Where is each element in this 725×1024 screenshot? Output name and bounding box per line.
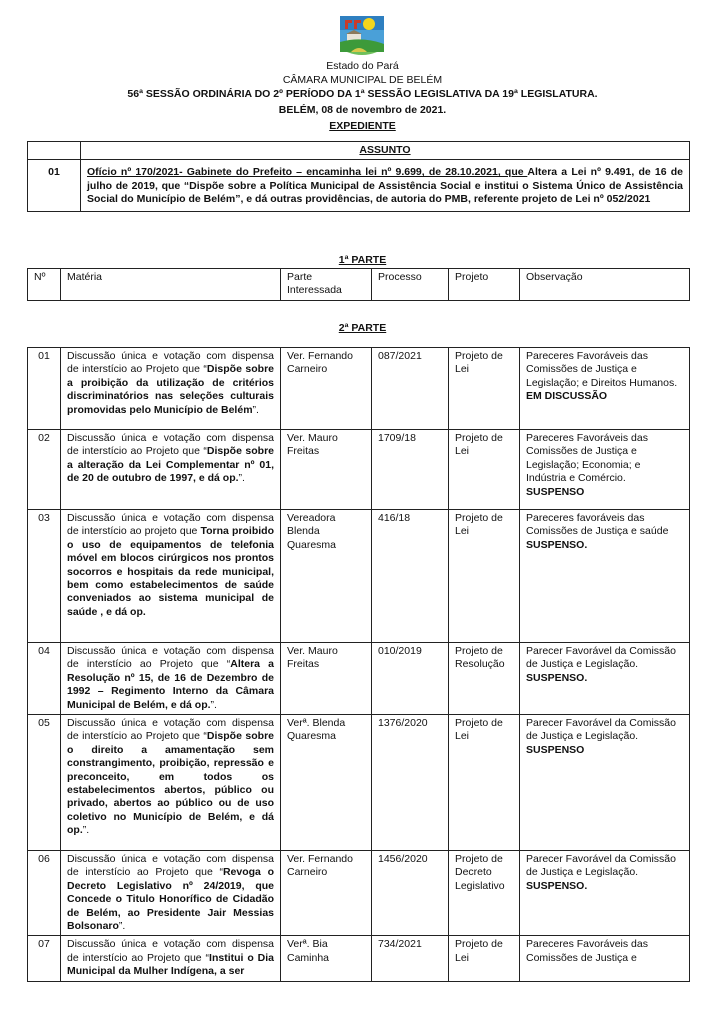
expediente-oficio: Ofício nº 170/2021- Gabinete do Prefeito… — [87, 166, 527, 178]
row-processo: 416/18 — [372, 510, 449, 643]
row-observacao: Parecer Favorável da Comissão de Justiça… — [520, 643, 690, 715]
row-number: 02 — [28, 430, 61, 510]
parte1-table: Nº Matéria Parte Interessada Processo Pr… — [27, 268, 690, 301]
materia-title: Dispõe sobre o direito a amamentação sem… — [67, 730, 274, 836]
row-materia: Discussão única e votação com dispensa d… — [61, 510, 281, 643]
row-parte-interessada: Ver. Fernando Carneiro — [281, 851, 372, 936]
row-materia: Discussão única e votação com dispensa d… — [61, 348, 281, 430]
table-row: 05Discussão única e votação com dispensa… — [28, 715, 690, 851]
row-parte-interessada: Ver. Mauro Freitas — [281, 643, 372, 715]
table-row: 06Discussão única e votação com dispensa… — [28, 851, 690, 936]
coat-of-arms-icon — [337, 14, 387, 58]
status-badge: SUSPENSO. — [526, 672, 587, 684]
observacao-text: Pareceres Favoráveis das Comissões de Ju… — [526, 432, 648, 484]
session-date: BELÉM, 08 de novembro de 2021. — [0, 104, 725, 117]
row-processo: 734/2021 — [372, 936, 449, 981]
col-header-parte: Parte Interessada — [281, 269, 372, 301]
row-projeto: Projeto de Lei — [449, 510, 520, 643]
materia-tail: ”. — [83, 824, 89, 836]
row-materia: Discussão única e votação com dispensa d… — [61, 936, 281, 981]
row-processo: 087/2021 — [372, 348, 449, 430]
row-projeto: Projeto de Lei — [449, 430, 520, 510]
row-observacao: Pareceres Favoráveis das Comissões de Ju… — [520, 348, 690, 430]
status-badge: SUSPENSO — [526, 486, 584, 498]
state-name: Estado do Pará — [0, 60, 725, 73]
parte2-table: 01Discussão única e votação com dispensa… — [27, 347, 690, 982]
observacao-text: Parecer Favorável da Comissão de Justiça… — [526, 717, 676, 742]
section-title-parte2: 2ª PARTE — [0, 322, 725, 335]
section-title-expediente: EXPEDIENTE — [0, 120, 725, 133]
table-row: 01Discussão única e votação com dispensa… — [28, 348, 690, 430]
row-parte-interessada: Vereadora Blenda Quaresma — [281, 510, 372, 643]
materia-tail: ”. — [119, 920, 125, 932]
materia-tail: ”. — [253, 404, 259, 416]
chamber-name: CÂMARA MUNICIPAL DE BELÉM — [0, 74, 725, 87]
row-observacao: Parecer Favorável da Comissão de Justiça… — [520, 851, 690, 936]
row-number: 06 — [28, 851, 61, 936]
expediente-row: 01 Ofício nº 170/2021- Gabinete do Prefe… — [28, 160, 690, 211]
row-parte-interessada: Ver. Mauro Freitas — [281, 430, 372, 510]
table-row: 02Discussão única e votação com dispensa… — [28, 430, 690, 510]
materia-tail: ”. — [239, 472, 245, 484]
row-materia: Discussão única e votação com dispensa d… — [61, 430, 281, 510]
row-projeto: Projeto de Lei — [449, 715, 520, 851]
row-number: 03 — [28, 510, 61, 643]
observacao-text: Parecer Favorável da Comissão de Justiça… — [526, 853, 676, 878]
col-header-materia: Matéria — [61, 269, 281, 301]
row-number: 01 — [28, 348, 61, 430]
row-processo: 1456/2020 — [372, 851, 449, 936]
materia-title: Torna proibido o uso de equipamentos de … — [67, 525, 274, 617]
row-observacao: Parecer Favorável da Comissão de Justiça… — [520, 715, 690, 851]
row-observacao: Pareceres favoráveis das Comissões de Ju… — [520, 510, 690, 643]
row-number: 05 — [28, 715, 61, 851]
row-processo: 010/2019 — [372, 643, 449, 715]
expediente-subject: Ofício nº 170/2021- Gabinete do Prefeito… — [81, 160, 690, 211]
status-badge: SUSPENSO. — [526, 539, 587, 551]
expediente-table: ASSUNTO 01 Ofício nº 170/2021- Gabinete … — [27, 141, 690, 212]
row-number: 04 — [28, 643, 61, 715]
row-projeto: Projeto de Decreto Legislativo — [449, 851, 520, 936]
status-badge: SUSPENSO. — [526, 880, 587, 892]
row-materia: Discussão única e votação com dispensa d… — [61, 643, 281, 715]
table-row: 03Discussão única e votação com dispensa… — [28, 510, 690, 643]
row-parte-interessada: Verª. Bia Caminha — [281, 936, 372, 981]
observacao-text: Parecer Favorável da Comissão de Justiça… — [526, 645, 676, 670]
observacao-text: Pareceres Favoráveis das Comissões de Ju… — [526, 350, 677, 389]
row-projeto: Projeto de Lei — [449, 348, 520, 430]
table-row: 04Discussão única e votação com dispensa… — [28, 643, 690, 715]
col-header-projeto: Projeto — [449, 269, 520, 301]
row-parte-interessada: Ver. Fernando Carneiro — [281, 348, 372, 430]
table-row: 07Discussão única e votação com dispensa… — [28, 936, 690, 981]
status-badge: EM DISCUSSÃO — [526, 390, 607, 402]
materia-tail: ”. — [211, 699, 217, 711]
row-number: 07 — [28, 936, 61, 981]
row-processo: 1709/18 — [372, 430, 449, 510]
row-observacao: Pareceres Favoráveis das Comissões de Ju… — [520, 430, 690, 510]
expediente-number: 01 — [28, 160, 81, 211]
row-observacao: Pareceres Favoráveis das Comissões de Ju… — [520, 936, 690, 981]
status-badge: SUSPENSO — [526, 744, 584, 756]
row-materia: Discussão única e votação com dispensa d… — [61, 851, 281, 936]
row-projeto: Projeto de Lei — [449, 936, 520, 981]
col-header-processo: Processo — [372, 269, 449, 301]
assunto-header: ASSUNTO — [81, 142, 690, 160]
row-processo: 1376/2020 — [372, 715, 449, 851]
row-parte-interessada: Verª. Blenda Quaresma — [281, 715, 372, 851]
col-header-num: Nº — [28, 269, 61, 301]
observacao-text: Pareceres favoráveis das Comissões de Ju… — [526, 512, 668, 537]
col-header-observacao: Observação — [520, 269, 690, 301]
row-projeto: Projeto de Resolução — [449, 643, 520, 715]
row-materia: Discussão única e votação com dispensa d… — [61, 715, 281, 851]
section-title-parte1: 1ª PARTE — [0, 254, 725, 267]
observacao-text: Pareceres Favoráveis das Comissões de Ju… — [526, 938, 648, 963]
session-title: 56ª SESSÃO ORDINÁRIA DO 2º PERÍODO DA 1ª… — [0, 88, 725, 101]
